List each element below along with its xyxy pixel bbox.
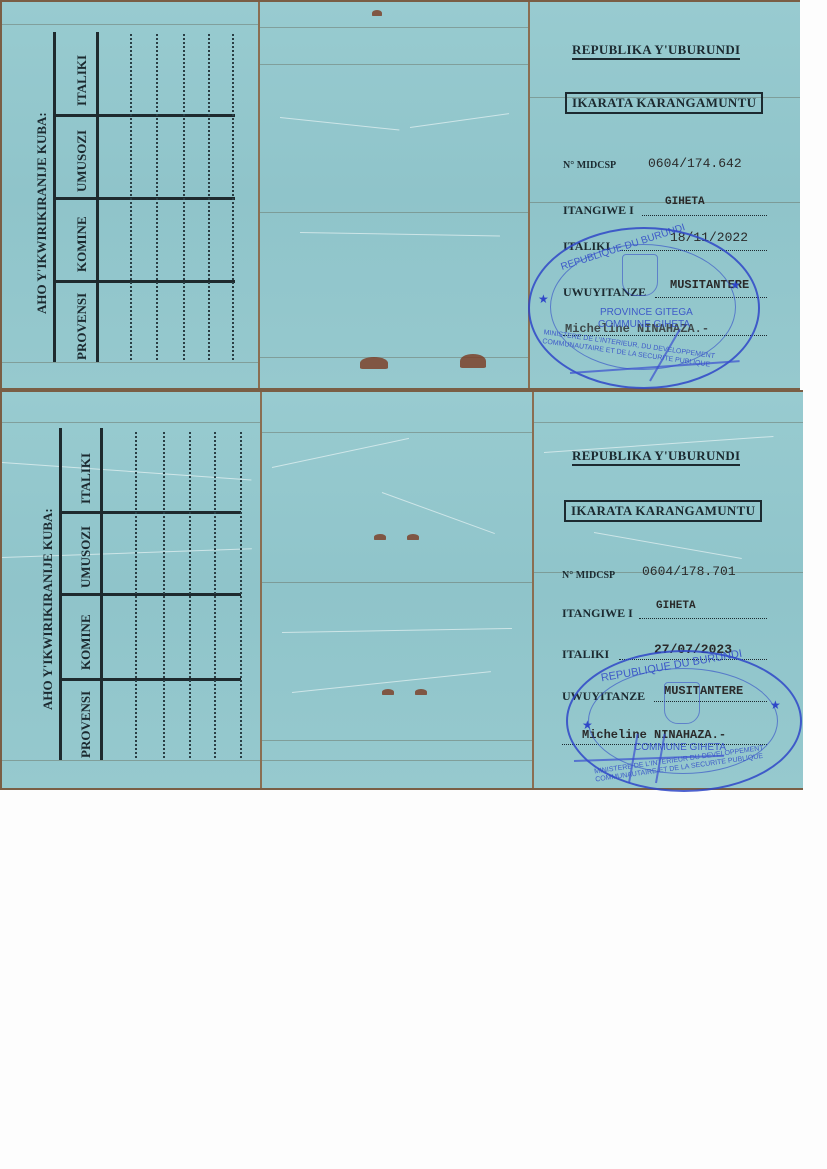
- star-icon: ★: [730, 278, 741, 293]
- card-2-residence-panel: AHO Y'IKWIRIKIRANIJE KUBA: PROVENSI KOMI…: [2, 392, 262, 788]
- card-1-number-value: 0604/174.642: [648, 156, 742, 171]
- card-1-residence-heading: AHO Y'IKWIRIKIRANIJE KUBA:: [34, 112, 50, 314]
- card-1-col-italiki: ITALIKI: [74, 55, 90, 106]
- card-2-number-label: N° MIDCSP: [562, 570, 615, 581]
- card-2-number-value: 0604/178.701: [642, 564, 736, 579]
- card-2-col-komine: KOMINE: [78, 614, 94, 670]
- card-1-col-provensi: PROVENSI: [74, 293, 90, 360]
- card-2-identity-panel: REPUBLIKA Y'UBURUNDI IKARATA KARANGAMUNT…: [534, 392, 803, 788]
- card-1-number-label: N° MIDCSP: [563, 160, 616, 171]
- card-2-residence-heading: AHO Y'IKWIRIKIRANIJE KUBA:: [40, 508, 56, 710]
- card-2-date-label: ITALIKI: [562, 647, 609, 662]
- card-1-issued-at-value: GIHETA: [665, 196, 705, 208]
- card-1-stamp-province: PROVINCE GITEGA: [600, 307, 693, 318]
- star-icon: ★: [582, 718, 593, 733]
- card-1-residence-panel: AHO Y'IKWIRIKIRANIJE KUBA: PROVENSI KOMI…: [2, 2, 260, 388]
- card-1-stamp-commune: COMMUNE GIHETA: [598, 319, 690, 330]
- card-1-blank-panel: [260, 2, 530, 388]
- card-2-col-provensi: PROVENSI: [78, 691, 94, 758]
- star-icon: ★: [538, 292, 549, 307]
- card-1-col-komine: KOMINE: [74, 216, 90, 272]
- card-1-col-umusozi: UMUSOZI: [74, 130, 90, 192]
- card-2-issued-at-label: ITANGIWE I: [562, 606, 633, 621]
- card-2-doc-title: IKARATA KARANGAMUNTU: [564, 500, 762, 522]
- card-1-issued-at-label: ITANGIWE I: [563, 203, 634, 218]
- card-2-col-italiki: ITALIKI: [78, 453, 94, 504]
- id-card-2: AHO Y'IKWIRIKIRANIJE KUBA: PROVENSI KOMI…: [0, 390, 803, 790]
- card-1-doc-title: IKARATA KARANGAMUNTU: [565, 92, 763, 114]
- card-2-issued-at-value: GIHETA: [656, 600, 696, 612]
- card-2-col-umusozi: UMUSOZI: [78, 526, 94, 588]
- card-1-coat-of-arms-icon: [622, 254, 658, 296]
- star-icon: ★: [770, 698, 781, 713]
- card-2-blank-panel: [262, 392, 534, 788]
- id-card-1: AHO Y'IKWIRIKIRANIJE KUBA: PROVENSI KOMI…: [0, 0, 800, 390]
- card-2-country: REPUBLIKA Y'UBURUNDI: [572, 448, 740, 466]
- card-1-identity-panel: REPUBLIKA Y'UBURUNDI IKARATA KARANGAMUNT…: [530, 2, 800, 388]
- card-2-coat-of-arms-icon: [664, 682, 700, 724]
- card-1-country: REPUBLIKA Y'UBURUNDI: [572, 42, 740, 60]
